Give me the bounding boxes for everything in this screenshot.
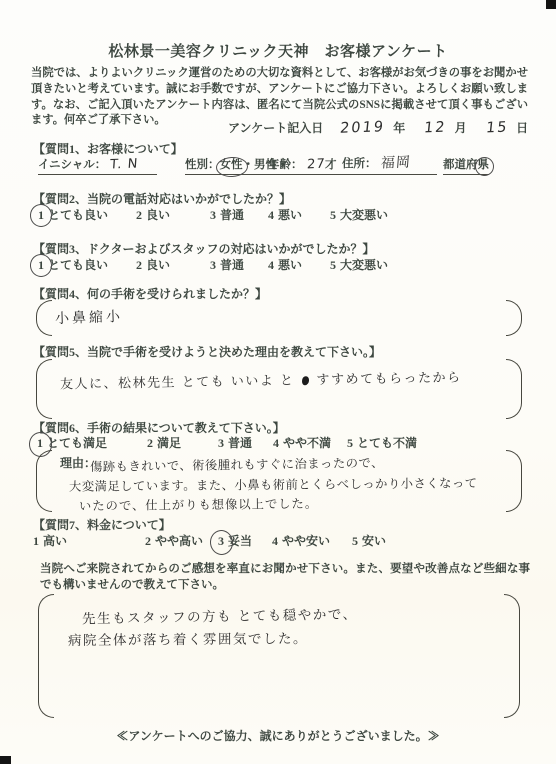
feedback-prompt: 当院へご来院されてからのご感想を率直にお聞かせ下さい。また、要望や改善点など些細… xyxy=(40,561,530,593)
option-label: 普通 xyxy=(228,436,252,450)
option-number: 3 xyxy=(218,436,224,450)
q7-header: 【質問7、料金について】 xyxy=(33,516,171,533)
feedback-line-2: 病院全体が落ち着く雰囲気でした。 xyxy=(68,627,308,649)
address-value-handwriting: 福岡 xyxy=(380,151,411,172)
selection-circle xyxy=(29,203,54,229)
q7-options-row: 1高い 2やや高い 3妥当 4やや安い 5安い xyxy=(0,532,556,552)
option-label: やや不満 xyxy=(283,436,331,450)
option-number: 4 xyxy=(268,208,274,222)
prefecture-suffix-wrap: 県 xyxy=(478,159,490,171)
q2-option-1: 1とても良い xyxy=(38,206,108,223)
option-number: 1 xyxy=(37,436,43,450)
option-number: 4 xyxy=(268,258,274,272)
option-label: とても良い xyxy=(48,258,108,272)
q7-option-1: 1高い xyxy=(33,532,67,549)
option-label: とても満足 xyxy=(47,436,107,450)
option-number: 2 xyxy=(147,436,153,450)
page-title: 松林景一美容クリニック天神 お客様アンケート xyxy=(0,40,556,61)
option-number: 1 xyxy=(33,534,39,548)
q7-option-4: 4やや安い xyxy=(272,532,330,549)
initial-value-handwriting: T. N xyxy=(110,156,139,172)
option-label: 安い xyxy=(362,534,386,548)
q6-reason-line-1: 傷跡もきれいで、術後腫れもすぐに治まったので、 xyxy=(90,453,384,475)
option-number: 1 xyxy=(38,208,44,222)
option-label: 高い xyxy=(43,534,67,548)
selection-circle xyxy=(29,253,54,279)
q5-answer-handwriting: 友人に、松林先生 とても いいよ とすすめてもらったから xyxy=(60,366,462,392)
feedback-line-1: 先生もスタッフの方も とても穏やかで、 xyxy=(82,603,358,628)
date-day-handwriting: 15 xyxy=(485,120,509,137)
age-suffix: 才 xyxy=(325,159,337,171)
prefecture-field: 都道府県 xyxy=(443,156,489,175)
option-label: やや安い xyxy=(282,534,330,548)
option-label: 大変悪い xyxy=(340,258,388,272)
scan-artifact-top-right xyxy=(546,0,556,9)
q2-header: 【質問2、当院の電話対応はいかがでしたか？】 xyxy=(33,190,291,207)
q6-option-1: 1とても満足 xyxy=(37,434,107,451)
q2-option-2: 2良い xyxy=(136,206,170,223)
q3-option-2: 2良い xyxy=(136,256,170,273)
q7-option-5: 5安い xyxy=(352,532,386,549)
option-number: 2 xyxy=(136,258,142,272)
option-label: 大変悪い xyxy=(340,208,388,222)
option-label: 悪い xyxy=(278,258,302,272)
feedback-answer-box: 先生もスタッフの方も とても穏やかで、 病院全体が落ち着く雰囲気でした。 xyxy=(38,594,520,718)
date-label: アンケート記入日 xyxy=(228,121,323,135)
option-label: とても不満 xyxy=(357,436,417,450)
date-year-unit: 年 xyxy=(393,121,405,135)
date-year-handwriting: 2019 xyxy=(339,119,386,137)
q3-option-4: 4悪い xyxy=(268,256,302,273)
q2-option-3: 3普通 xyxy=(210,206,244,223)
q1-fields-row: イニシャル：T. N 性別：女性・男性 年齢：27才 住所：福岡 都道府県 xyxy=(0,155,556,177)
option-number: 2 xyxy=(136,208,142,222)
option-number: 5 xyxy=(352,534,358,548)
option-label: 満足 xyxy=(157,436,181,450)
gender-label: 性別： xyxy=(185,159,220,171)
option-label: 普通 xyxy=(220,258,244,272)
date-month-handwriting: 12 xyxy=(423,120,447,137)
age-value-handwriting: 27 xyxy=(306,157,326,173)
selection-circle xyxy=(209,529,235,557)
option-label: 良い xyxy=(146,208,170,222)
option-number: 5 xyxy=(347,436,353,450)
survey-scan-page: 松林景一美容クリニック天神 お客様アンケート 当院では、よりよいクリニック運営の… xyxy=(0,0,556,764)
q6-reason-line-3: いたので、仕上がりも想像以上でした。 xyxy=(79,494,318,515)
option-label: とても良い xyxy=(48,208,108,222)
q6-reason-box: 理由： 傷跡もきれいで、術後腫れもすぐに治まったので、 大変満足しています。また… xyxy=(36,450,522,512)
q7-option-3: 3妥当 xyxy=(218,532,252,549)
q4-answer-box: 小鼻縮小 xyxy=(36,300,522,336)
gender-option-female: 女性 xyxy=(220,159,243,171)
date-day-unit: 日 xyxy=(516,121,528,135)
closing-message: ≪アンケートへのご協力、誠にありがとうございました。≫ xyxy=(0,727,556,744)
q3-option-5: 5大変悪い xyxy=(330,256,388,273)
q6-option-2: 2満足 xyxy=(147,434,181,451)
option-number: 4 xyxy=(272,534,278,548)
q3-option-3: 3普通 xyxy=(210,256,244,273)
q6-option-3: 3普通 xyxy=(218,434,252,451)
option-number: 3 xyxy=(210,258,216,272)
option-label: 良い xyxy=(146,258,170,272)
age-field: 年齢：27才 xyxy=(268,156,345,175)
gender-separator: ・ xyxy=(243,159,255,171)
q6-option-4: 4やや不満 xyxy=(273,434,331,451)
option-number: 5 xyxy=(330,258,336,272)
address-label: 住所： xyxy=(342,158,377,170)
q3-option-1: 1とても良い xyxy=(38,256,108,273)
scan-artifact-bottom-left xyxy=(0,756,11,764)
option-number: 3 xyxy=(210,208,216,222)
option-number: 3 xyxy=(218,534,224,548)
initial-field: イニシャル：T. N xyxy=(38,156,157,175)
survey-date-line: アンケート記入日 2019 年 12 月 15 日 xyxy=(228,119,530,136)
q2-options-row: 1とても良い 2良い 3普通 4悪い 5大変悪い xyxy=(0,206,556,226)
gender-field: 性別：女性・男性 xyxy=(185,156,277,175)
q2-option-5: 5大変悪い xyxy=(330,206,388,223)
q6-option-5: 5とても不満 xyxy=(347,434,417,451)
q3-header: 【質問3、ドクターおよびスタッフの対応はいかがでしたか？】 xyxy=(33,240,375,257)
option-label: 悪い xyxy=(278,208,302,222)
address-field: 住所：福岡 xyxy=(342,152,437,175)
option-number: 5 xyxy=(330,208,336,222)
prefecture-prefix: 都道府 xyxy=(443,159,478,171)
option-label: やや高い xyxy=(155,534,203,548)
q3-options-row: 1とても良い 2良い 3普通 4悪い 5大変悪い xyxy=(0,256,556,276)
initial-label: イニシャル： xyxy=(38,159,106,171)
option-label: 普通 xyxy=(220,208,244,222)
option-number: 2 xyxy=(145,534,151,548)
option-number: 1 xyxy=(38,258,44,272)
age-label: 年齢： xyxy=(268,159,303,171)
q5-answer-box: 友人に、松林先生 とても いいよ とすすめてもらったから xyxy=(36,359,522,419)
q2-option-4: 4悪い xyxy=(268,206,302,223)
ink-blot-mark xyxy=(302,376,309,385)
q6-reason-line-2: 大変満足しています。また、小鼻も術前とくらべしっかり小さくなって xyxy=(69,473,478,495)
option-number: 4 xyxy=(273,436,279,450)
q5-header: 【質問5、当院で手術を受けようと決めた理由を教えて下さい。】 xyxy=(33,343,381,360)
q4-answer-handwriting: 小鼻縮小 xyxy=(55,306,124,328)
date-month-unit: 月 xyxy=(455,121,467,135)
q7-option-2: 2やや高い xyxy=(145,532,203,549)
